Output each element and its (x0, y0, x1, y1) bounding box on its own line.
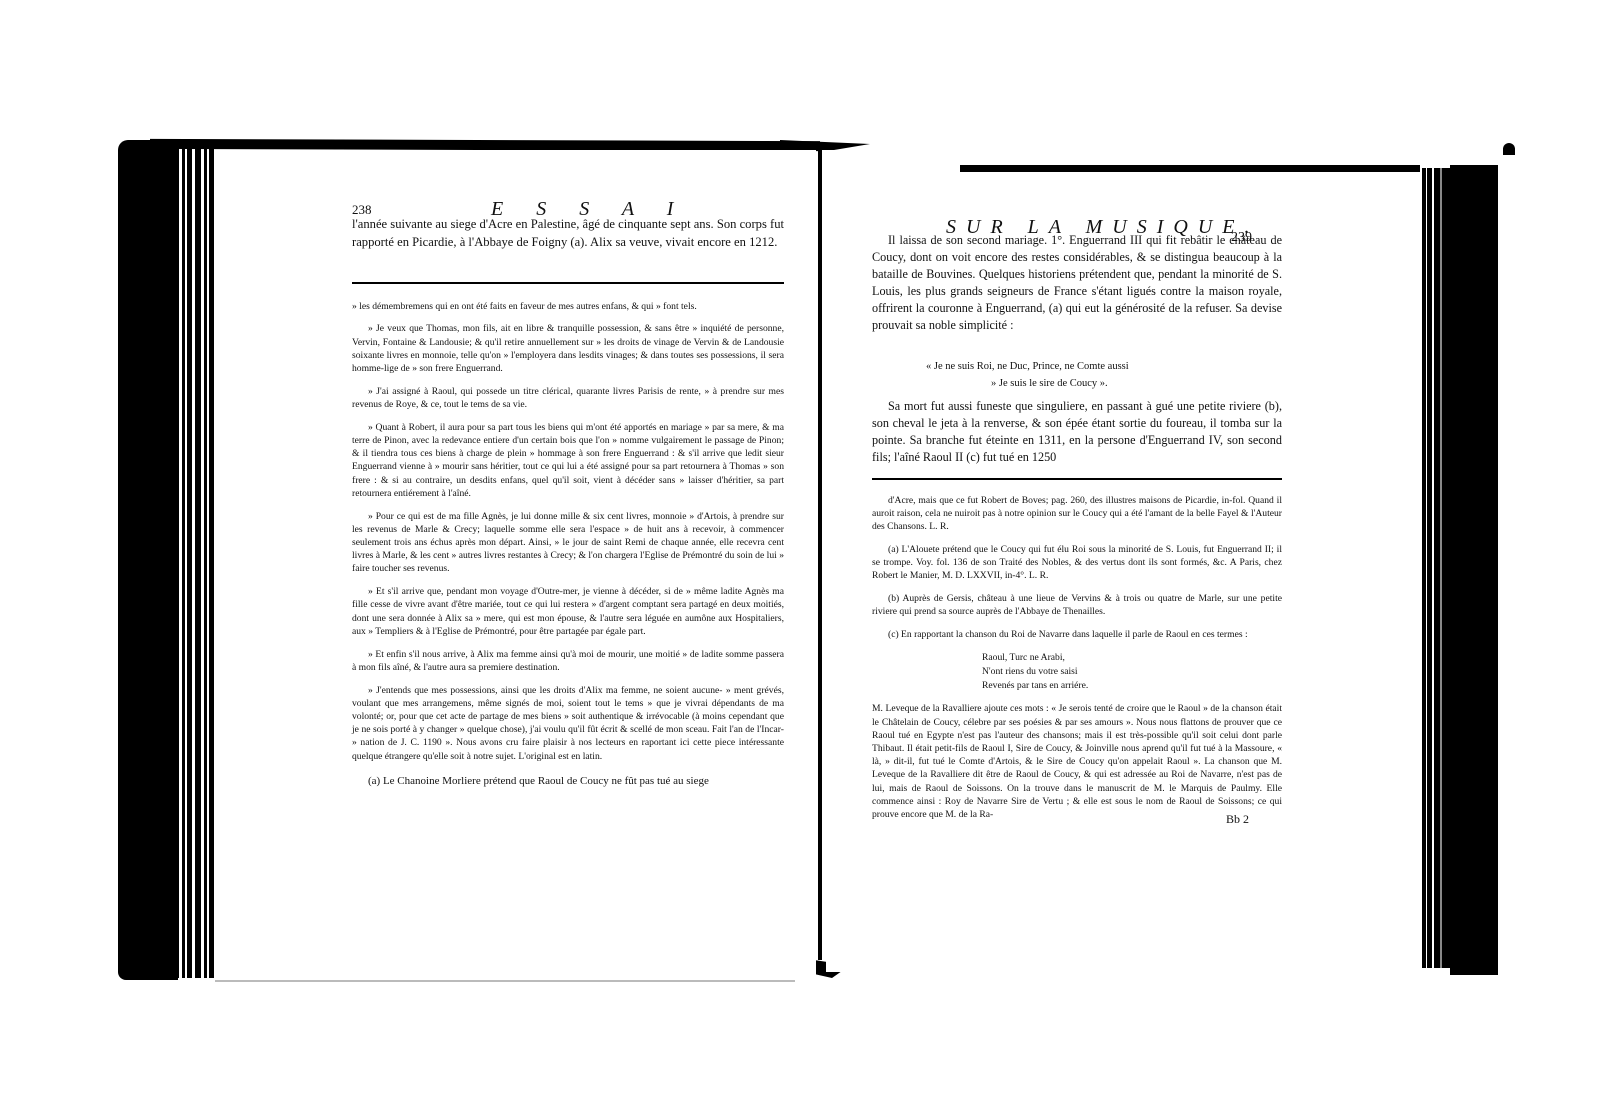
book-gutter (818, 145, 822, 960)
footnote-rule (872, 478, 1282, 480)
footnote-para: » J'entends que mes possessions, ainsi q… (352, 684, 784, 763)
footnote-para: d'Acre, mais que ce fut Robert de Boves;… (872, 494, 1282, 534)
paragraph: Il laissa de son second mariage. 1°. Eng… (872, 232, 1282, 334)
footnote-b: (b) Auprès de Gersis, château à une lieu… (872, 592, 1282, 618)
footnote-c: (c) En rapportant la chanson du Roi de N… (872, 628, 1282, 641)
footnote-para: » Pour ce qui est de ma fille Agnès, je … (352, 510, 784, 576)
footnote-a: (a) L'Alouete prétend que le Coucy qui f… (872, 543, 1282, 583)
book-clasp (1503, 143, 1515, 155)
motto-line-2: » Je suis le sire de Coucy ». (991, 375, 1108, 393)
footnote-rule (352, 282, 784, 284)
right-book-cover (1450, 165, 1498, 975)
footnote-para: » les démembremens qui en ont été faits … (352, 300, 784, 313)
signature-mark: Bb 2 (1226, 812, 1249, 827)
footnotes: d'Acre, mais que ce fut Robert de Boves;… (872, 484, 1282, 831)
verse-line: Raoul, Turc ne Arabi, (982, 651, 1282, 665)
footnote-para: » Et enfin s'il nous arrive, à Alix ma f… (352, 648, 784, 674)
motto-line-1: « Je ne suis Roi, ne Duc, Prince, ne Com… (926, 358, 1129, 376)
verse-line: N'ont riens du votre saisi (982, 665, 1282, 679)
footnote-para: » Et s'il arrive que, pendant mon voyage… (352, 585, 784, 638)
footnote-para: » J'ai assigné à Raoul, qui possede un t… (352, 385, 784, 411)
footnote-a: (a) Le Chanoine Morliere prétend que Rao… (352, 774, 784, 789)
footnote-para: » Quant à Robert, il aura pour sa part t… (352, 421, 784, 500)
footnotes: » les démembremens qui en ont été faits … (352, 290, 784, 800)
verse-line: Revenés par tans en arriére. (982, 679, 1282, 693)
left-page: 238 E S S A I l'année suivante au siege … (216, 150, 816, 978)
right-page-edges (1422, 168, 1452, 968)
main-paragraph-1: Il laissa de son second mariage. 1°. Eng… (872, 232, 1282, 334)
verse: Raoul, Turc ne Arabi, N'ont riens du vot… (872, 651, 1282, 693)
left-page-edges (176, 148, 216, 978)
right-page: SUR LA MUSIQUE. 239 Il laissa de son sec… (826, 172, 1420, 972)
paragraph: Sa mort fut aussi funeste que singuliere… (872, 398, 1282, 466)
main-paragraph-2: Sa mort fut aussi funeste que singuliere… (872, 398, 1282, 466)
left-page-bottom-edge (215, 980, 795, 982)
main-text: l'année suivante au siege d'Acre en Pale… (352, 216, 784, 251)
footnote-para: » Je veux que Thomas, mon fils, ait en l… (352, 322, 784, 375)
left-book-cover (118, 140, 178, 980)
final-note: M. Leveque de la Ravalliere ajoute ces m… (872, 702, 1282, 821)
